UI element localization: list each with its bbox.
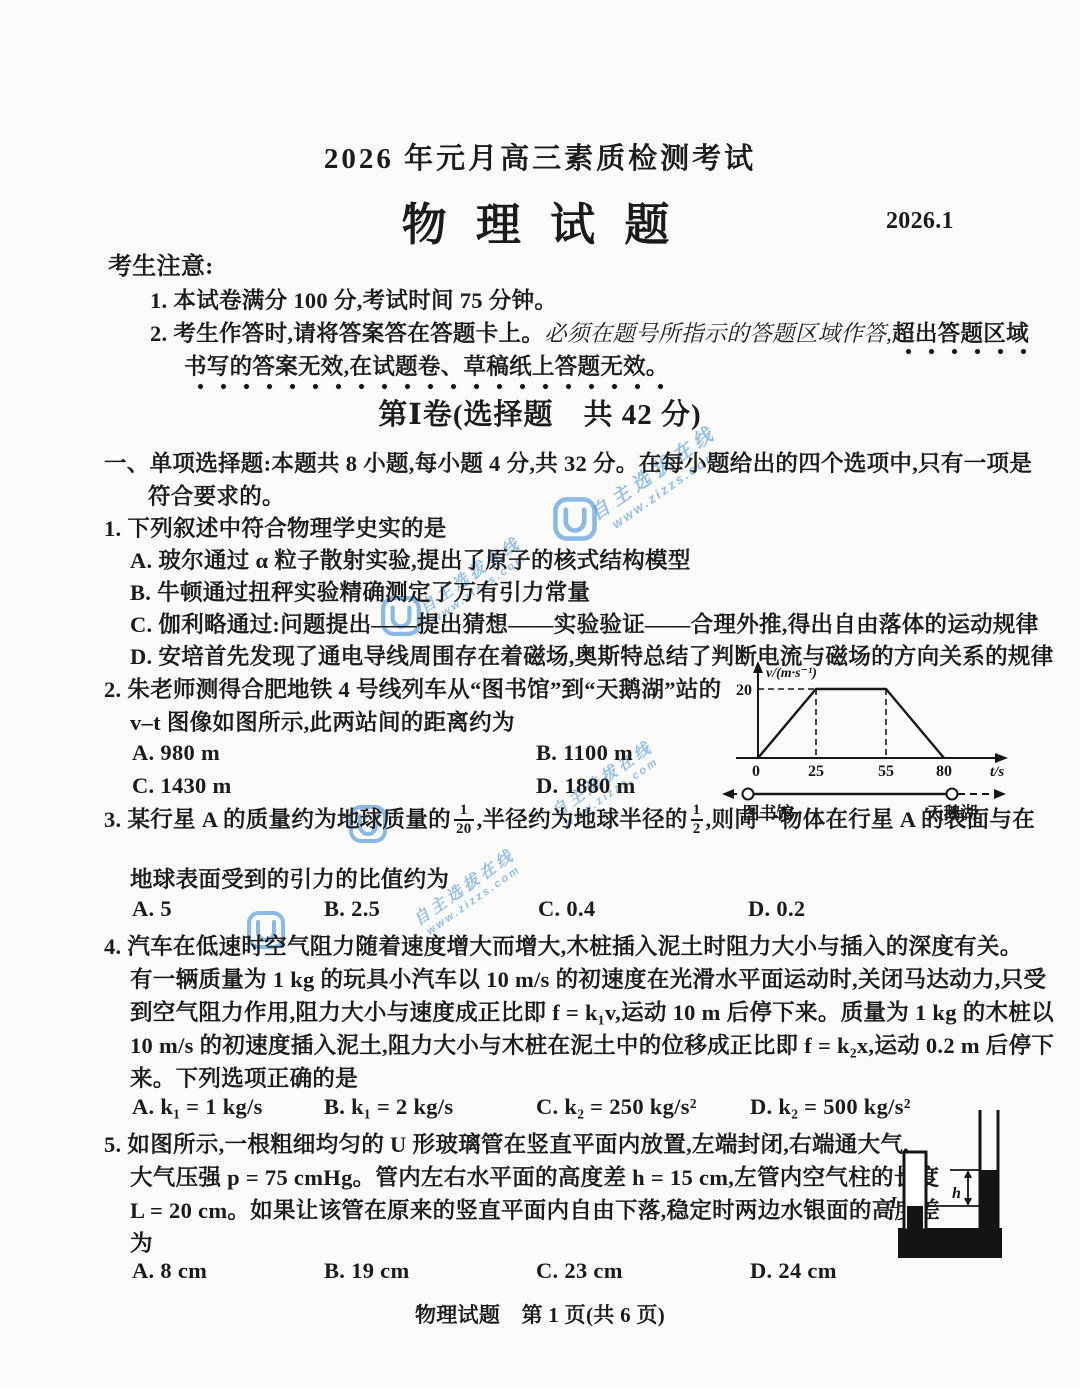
q2-option-d: D. 1880 m (536, 773, 636, 799)
q4-stem-line4: 10 m/s 的初速度插入泥土,阻力大小与木桩在泥土中的位移成正比即 f = k… (130, 1028, 1054, 1060)
q2-option-c: C. 1430 m (132, 773, 232, 799)
q1-option-c: C. 伽利略通过:问题提出——提出猜想——实验验证——合理外推,得出自由落体的运… (130, 607, 1039, 639)
q5-option-d: D. 24 cm (750, 1258, 837, 1284)
q3-stem-line1: 3. 某行星 A 的质量约为地球质量的 120 ,半径约为地球半径的 12 ,则… (104, 800, 1035, 837)
q4-stem-line3: 到空气阻力作用,阻力大小与速度成正比即 f = k₁v,运动 10 m 后停下来… (130, 995, 1054, 1027)
section-1-title: 第Ⅰ卷(选择题 共 42 分) (0, 392, 1080, 433)
notice-item-2a: 2. 考生作答时,请将答案答在答题卡上。 (150, 321, 544, 346)
q4-option-b: B. k₁ = 2 kg/s (324, 1094, 453, 1120)
date-code: 2026.1 (886, 208, 954, 235)
graph-xtick-80: 80 (936, 763, 952, 780)
q5-stem-line3: L = 20 cm。如果让该管在原来的竖直平面内自由下落,稳定时两边水银面的高度… (130, 1193, 940, 1225)
q3-stem-c: ,则同一物体在行星 A 的表面与在 (706, 802, 1035, 834)
fraction-denominator: 2 (691, 819, 703, 838)
q4-stem-line5: 来。下列选项正确的是 (130, 1061, 358, 1093)
graph-ylabel: v/(m·s⁻¹) (766, 666, 817, 681)
q4-option-d: D. k₂ = 500 kg/s² (750, 1094, 911, 1120)
q3-stem-a: 3. 某行星 A 的质量约为地球质量的 (104, 802, 451, 834)
fraction-1-20: 120 (454, 802, 474, 839)
q5-stem-line2: 大气压强 p = 75 cmHg。管内左右水平面的高度差 h = 15 cm,左… (130, 1160, 939, 1192)
q5-option-a: A. 8 cm (132, 1258, 207, 1284)
exam-page: 自主选拔在线 www.zizzs.com 自主选拔在线 www.zizzs.co… (0, 0, 1080, 1388)
q5-stem-line1: 5. 如图所示,一根粗细均匀的 U 形玻璃管在竖直平面内放置,左端封闭,右端通大… (104, 1127, 909, 1159)
q3-option-b: B. 2.5 (324, 896, 380, 922)
fraction-numerator: 1 (460, 802, 468, 819)
graph-xlabel: t/s (990, 764, 1004, 780)
q1-stem: 1. 下列叙述中符合物理学史实的是 (104, 511, 447, 543)
page-footer: 物理试题 第 1 页(共 6 页) (0, 1299, 1080, 1329)
q3-stem-line2: 地球表面受到的引力的比值约为 (130, 862, 449, 894)
q5-stem-line4: 为 (130, 1226, 153, 1258)
q5-option-c: C. 23 cm (536, 1258, 623, 1284)
q2-stem-line1: 2. 朱老师测得合肥地铁 4 号线列车从“图书馆”到“天鹅湖”站的 (104, 672, 721, 704)
exam-title: 2026 年元月高三素质检测考试 (0, 136, 1080, 177)
q3-option-d: D. 0.2 (748, 896, 805, 922)
q3-option-a: A. 5 (132, 896, 172, 922)
section-1-intro-line2: 符合要求的。 (148, 479, 285, 511)
graph-xtick-25: 25 (808, 763, 824, 780)
q4-stem-line2: 有一辆质量为 1 kg 的玩具小汽车以 10 m/s 的初速度在光滑水平面运动时… (130, 962, 1046, 994)
q2-stem-line2: v–t 图像如图所示,此两站间的距离约为 (130, 705, 515, 737)
section-1-intro-line1: 一、单项选择题:本题共 8 小题,每小题 4 分,共 32 分。在每小题给出的四… (104, 446, 1032, 478)
q4-option-a: A. k₁ = 1 kg/s (132, 1094, 263, 1120)
fraction-1-2: 12 (691, 802, 703, 839)
notice-heading: 考生注意: (108, 246, 214, 281)
q2-option-b: B. 1100 m (536, 740, 633, 766)
notice-item-2b: 必须在题号所指示的答题区域作答, (544, 321, 892, 346)
q1-option-b: B. 牛顿通过扭秤实验精确测定了万有引力常量 (130, 575, 590, 607)
q3-option-c: C. 0.4 (538, 896, 595, 922)
notice-item-2c-emphasis: 超出答题区域 (892, 321, 1029, 355)
notice-item-2-line2: 书写的答案无效,在试题卷、草稿纸上答题无效。 (184, 349, 669, 390)
q3-stem-b: ,半径约为地球半径的 (477, 802, 688, 834)
q1-option-a: A. 玻尔通过 α 粒子散射实验,提出了原子的核式结构模型 (130, 543, 691, 575)
q5-option-b: B. 19 cm (324, 1258, 410, 1284)
u-tube-height-diff-label: h (952, 1185, 961, 1202)
notice-item-1: 1. 本试卷满分 100 分,考试时间 75 分钟。 (150, 283, 557, 315)
q2-option-a: A. 980 m (132, 740, 220, 766)
watermark-logo-icon (552, 496, 598, 542)
fraction-denominator: 20 (454, 819, 474, 838)
fraction-numerator: 1 (693, 802, 701, 819)
q4-stem-line1: 4. 汽车在低速时空气阻力随着速度增大而增大,木桩插入泥土时阻力大小与插入的深度… (104, 929, 1023, 961)
notice-item-2-line1: 2. 考生作答时,请将答案答在答题卡上。必须在题号所指示的答题区域作答,超出答题… (150, 316, 1029, 348)
graph-xtick-55: 55 (878, 763, 894, 780)
u-tube-air-column-label: L (889, 1193, 900, 1212)
graph-xtick-0: 0 (752, 763, 760, 780)
u-tube-figure: L h (888, 1106, 1012, 1271)
q4-option-c: C. k₂ = 250 kg/s² (536, 1094, 697, 1120)
graph-ytick-20: 20 (736, 682, 752, 699)
